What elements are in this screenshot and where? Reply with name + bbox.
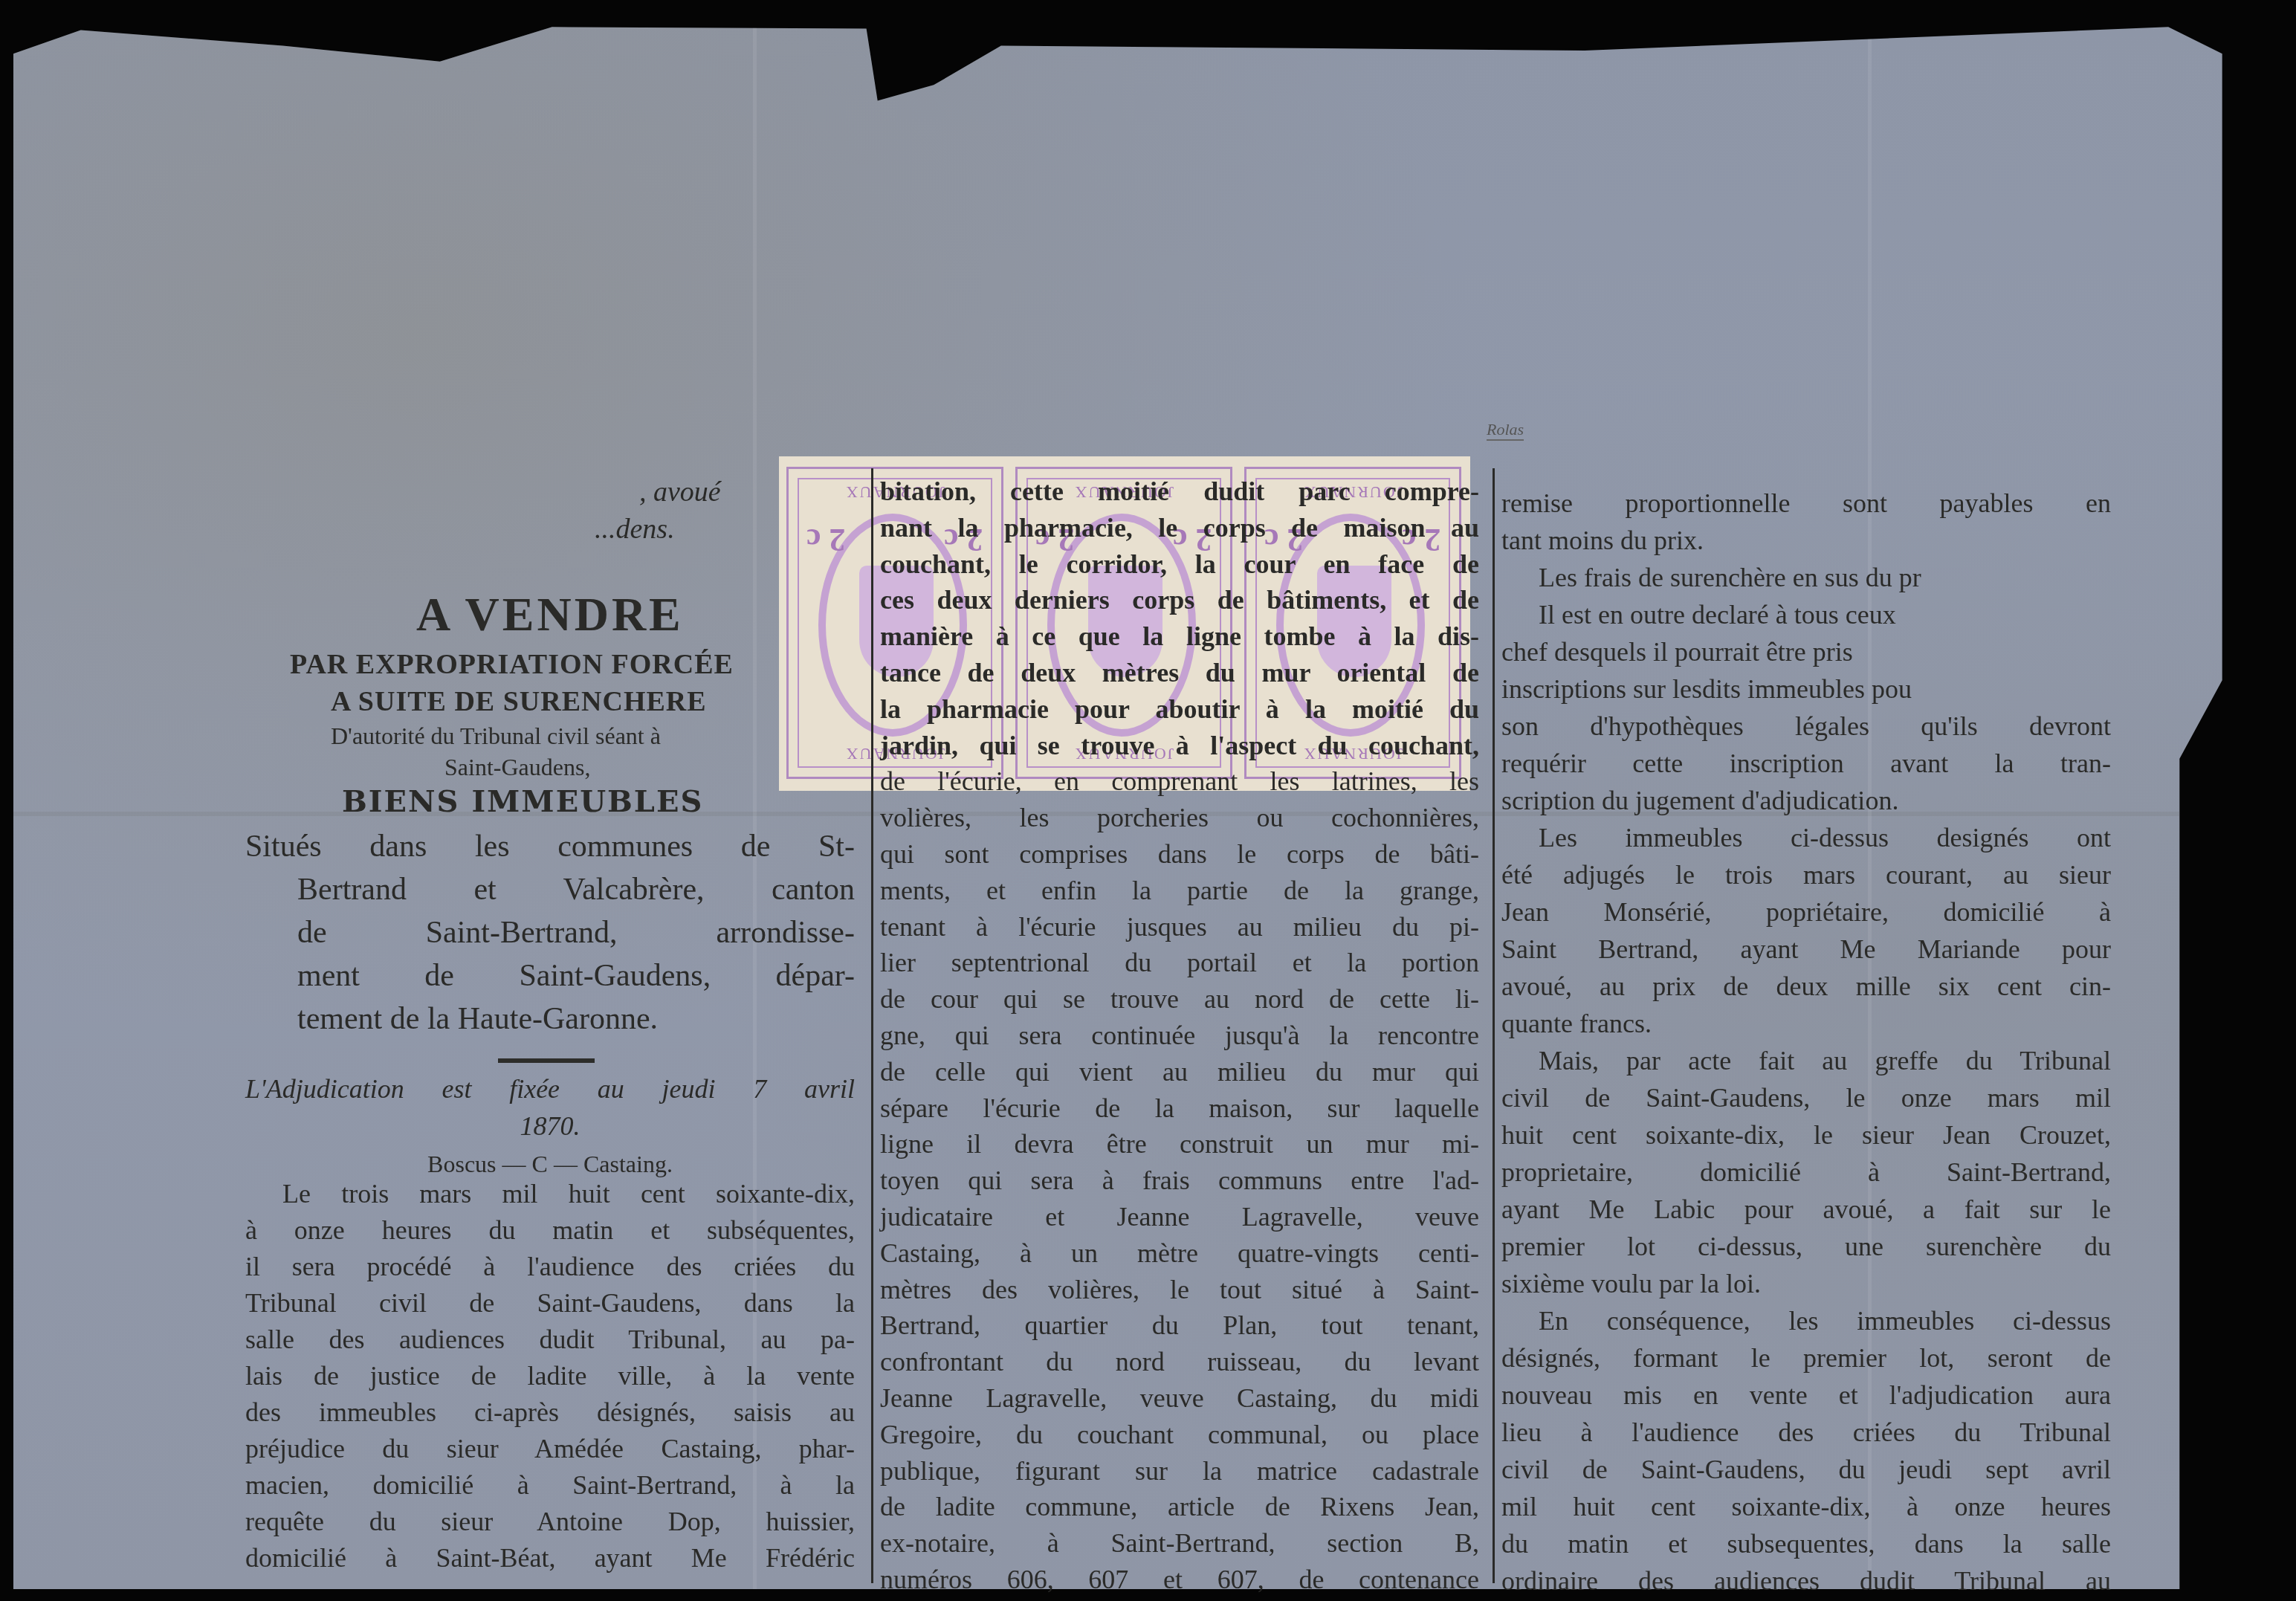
body-line: sixième voulu par la loi. xyxy=(1501,1265,2111,1302)
body-line: gne, qui sera continuée jusqu'à la renco… xyxy=(880,1018,1479,1054)
body-line: toyen qui sera à frais communs entre l'a… xyxy=(880,1162,1479,1199)
body-line: judicataire et Jeanne Lagravelle, veuve xyxy=(880,1199,1479,1235)
column-rule-left xyxy=(871,468,873,1583)
body-line: domicilié à Saint-Béat, ayant Me Frédéri… xyxy=(245,1540,855,1576)
body-line: tance de deux mètres du mur oriental de xyxy=(880,655,1479,691)
right-column-text: remise proportionnelle sont payables en … xyxy=(1501,485,2111,1600)
body-line: En conséquence, les immeubles ci-dessus xyxy=(1501,1302,2111,1339)
body-line: jardin, qui se trouve à l'aspect du couc… xyxy=(880,728,1479,764)
body-line: Les immeubles ci-dessus designés ont xyxy=(1501,819,2111,856)
body-line: Le trois mars mil huit cent soixante-dix… xyxy=(245,1176,855,1212)
left-body-text: Le trois mars mil huit cent soixante-dix… xyxy=(245,1176,855,1576)
body-line: de cour qui se trouve au nord de cette l… xyxy=(880,981,1479,1018)
body-line: remise proportionnelle sont payables en xyxy=(1501,485,2111,522)
body-line: Saint Bertrand, ayant Me Mariande pour xyxy=(1501,931,2111,968)
authority-line-2: Saint-Gaudens, xyxy=(444,754,590,781)
body-line: préjudice du sieur Amédée Castaing, phar… xyxy=(245,1431,855,1467)
adjudication-date: L'Adjudication est fixée au jeudi 7 avri… xyxy=(245,1070,855,1145)
body-line: Gregoire, du couchant communal, ou place xyxy=(880,1417,1479,1453)
body-line: à onze heures du matin et subséquentes, xyxy=(245,1212,855,1249)
fragment-dens: ...dens. xyxy=(595,513,675,546)
body-line: mètres des volières, le tout situé à Sai… xyxy=(880,1272,1479,1308)
adjudication-line-2: 1870. xyxy=(245,1107,855,1145)
body-line: salle des audiences dudit Tribunal, au p… xyxy=(245,1322,855,1358)
body-line: ces deux derniers corps de bâtiments, et… xyxy=(880,582,1479,618)
body-line: macien, domicilié à Saint-Bertrand, à la xyxy=(245,1467,855,1504)
body-line: scription du jugement d'adjudication. xyxy=(1501,782,2111,819)
column-rule-right xyxy=(1493,468,1495,1583)
body-line: de l'écurie, en comprenant les latrines,… xyxy=(880,763,1479,800)
property-location: Situés dans les communes de St- Bertrand… xyxy=(245,825,855,1041)
notice-subheading-2: A SUITE DE SURENCHERE xyxy=(331,685,707,718)
body-line: de ladite commune, article de Rixens Jea… xyxy=(880,1489,1479,1525)
body-line: nouveau mis en vente et l'adjudication a… xyxy=(1501,1377,2111,1414)
property-heading: BIENS IMMEUBLES xyxy=(342,784,703,819)
adjudication-line-1: L'Adjudication est fixée au jeudi 7 avri… xyxy=(245,1070,855,1107)
body-line: de celle qui vient au milieu du mur qui xyxy=(880,1054,1479,1090)
parties-line: Boscus — C — Castaing. xyxy=(245,1151,855,1178)
body-line: ayant Me Labic pour avoué, a fait sur le xyxy=(1501,1191,2111,1228)
body-line: requérir cette inscription avant la tran… xyxy=(1501,745,2111,782)
middle-column-text: bitation, cette moitié dudit parc compre… xyxy=(880,473,1479,1598)
body-line: publique, figurant sur la matrice cadast… xyxy=(880,1453,1479,1490)
location-line: ment de Saint-Gaudens, dépar- xyxy=(297,954,855,997)
body-line: requête du sieur Antoine Dop, huissier, xyxy=(245,1504,855,1540)
location-line: tement de la Haute-Garonne. xyxy=(297,997,855,1041)
body-line: ex-notaire, à Saint-Bertrand, section B, xyxy=(880,1525,1479,1562)
body-line: la pharmacie pour aboutir à la moitié du xyxy=(880,691,1479,728)
location-line: Bertrand et Valcabrère, canton xyxy=(297,868,855,911)
body-line: manière à ce que la ligne tombe à la dis… xyxy=(880,618,1479,655)
body-line: inscriptions sur lesdits immeubles pou xyxy=(1501,670,2111,708)
body-line: sépare l'écurie de la maison, sur laquel… xyxy=(880,1090,1479,1127)
body-line: désignés, formant le premier lot, seront… xyxy=(1501,1339,2111,1377)
body-line: proprietaire, domicilié à Saint-Bertrand… xyxy=(1501,1154,2111,1191)
body-line: couchant, le corridor, la cour en face d… xyxy=(880,546,1479,583)
body-line: du matin et subsequentes, dans la salle xyxy=(1501,1525,2111,1562)
body-line: Mais, par acte fait au greffe du Tribuna… xyxy=(1501,1042,2111,1079)
body-line: premier lot ci-dessus, une surenchère du xyxy=(1501,1228,2111,1265)
body-line: ments, et enfin la partie de la grange, xyxy=(880,873,1479,909)
body-line: lais de justice de ladite ville, à la ve… xyxy=(245,1358,855,1394)
body-line: qui sont comprises dans le corps de bâti… xyxy=(880,836,1479,873)
body-line: lier septentrional du portail et la port… xyxy=(880,945,1479,981)
notice-heading: A VENDRE xyxy=(416,587,684,642)
body-line: il sera procédé à l'audience des criées … xyxy=(245,1249,855,1285)
location-line: Situés dans les communes de St- xyxy=(245,825,855,868)
body-line: Tribunal civil de Saint-Gaudens, dans la xyxy=(245,1285,855,1322)
body-line: ordinaire des audiences dudit Tribunal a… xyxy=(1501,1562,2111,1600)
body-line: civil de Saint-Gaudens, le onze mars mil xyxy=(1501,1079,2111,1116)
body-line: Il est en outre declaré à tous ceux xyxy=(1501,596,2111,633)
body-line: huit cent soixante-dix, le sieur Jean Cr… xyxy=(1501,1116,2111,1154)
body-line: bitation, cette moitié dudit parc compre… xyxy=(880,473,1479,510)
body-line: mil huit cent soixante-dix, à onze heure… xyxy=(1501,1488,2111,1525)
body-line: son d'hypothèques légales qu'ils devront xyxy=(1501,708,2111,745)
body-line: Bertrand, quartier du Plan, tout tenant, xyxy=(880,1307,1479,1344)
body-line: Jeanne Lagravelle, veuve Castaing, du mi… xyxy=(880,1380,1479,1417)
body-line: civil de Saint-Gaudens, du jeudi sept av… xyxy=(1501,1451,2111,1488)
body-line: été adjugés le trois mars courant, au si… xyxy=(1501,856,2111,893)
body-line: Les frais de surenchère en sus du pr xyxy=(1501,559,2111,596)
fragment-avoue: , avoué xyxy=(639,476,721,508)
authority-line-1: D'autorité du Tribunal civil séant à xyxy=(331,722,661,750)
body-line: ligne il devra être construit un mur mi- xyxy=(880,1126,1479,1162)
body-line: Castaing, à un mètre quatre-vingts centi… xyxy=(880,1235,1479,1272)
handwritten-annotation: Rolas xyxy=(1487,420,1524,441)
body-line: lieu à l'audience des criées du Tribunal xyxy=(1501,1414,2111,1451)
body-line: nant la pharmacie, le corps de maison au xyxy=(880,510,1479,546)
body-line: confrontant du nord ruisseau, du levant xyxy=(880,1344,1479,1380)
body-line: volières, les porcheries ou cochonnières… xyxy=(880,800,1479,836)
location-line: de Saint-Bertrand, arrondisse- xyxy=(297,911,855,954)
body-line: tenant à l'écurie jusques au milieu du p… xyxy=(880,909,1479,945)
body-line: numéros 606, 607 et 607, de contenance xyxy=(880,1562,1479,1598)
body-line: tant moins du prix. xyxy=(1501,522,2111,559)
body-line: avoué, au prix de deux mille six cent ci… xyxy=(1501,968,2111,1005)
body-line: quante francs. xyxy=(1501,1005,2111,1042)
notice-subheading-1: PAR EXPROPRIATION FORCÉE xyxy=(290,648,734,681)
body-line: chef desquels il pourrait être pris xyxy=(1501,633,2111,670)
body-line: Jean Monsérié, popriétaire, domicilié à xyxy=(1501,893,2111,931)
section-divider xyxy=(498,1058,595,1063)
body-line: des immeubles ci-après désignés, saisis … xyxy=(245,1394,855,1431)
